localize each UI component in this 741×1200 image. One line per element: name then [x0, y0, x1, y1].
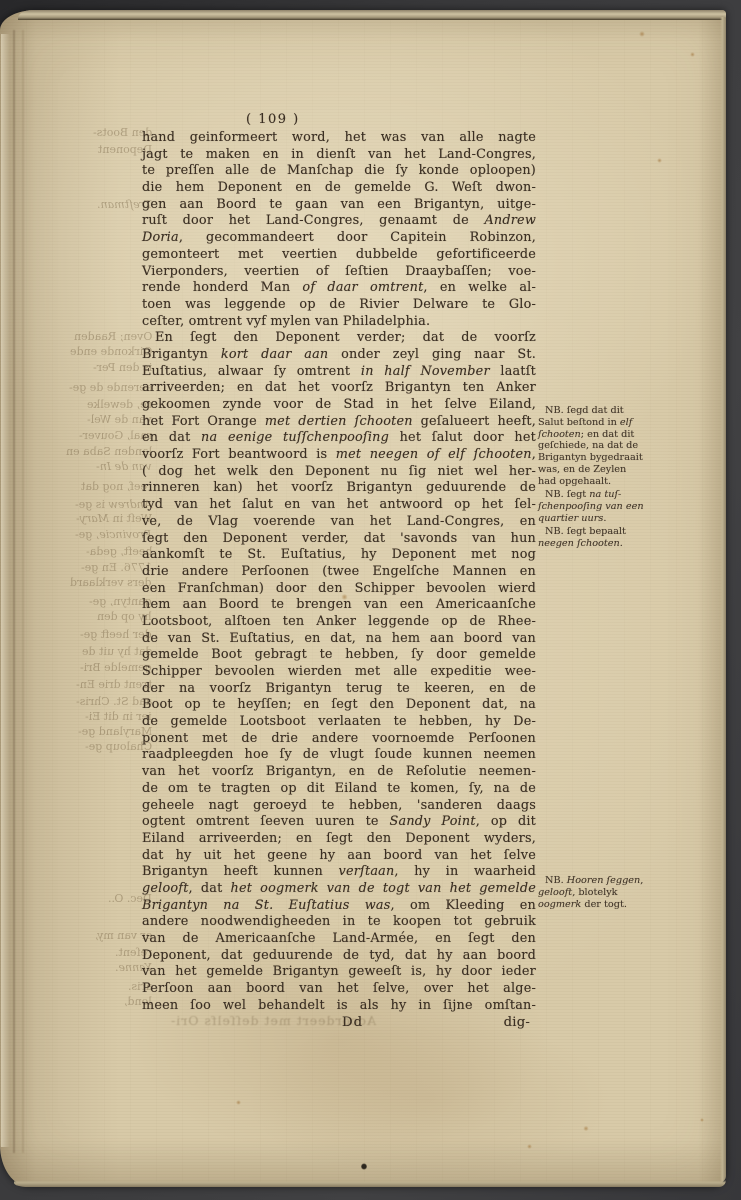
roman-text: hem aan Boord te brengen van een America… [142, 597, 536, 612]
roman-text: van het voorſz Brigantyn, en de Reſoluti… [142, 764, 536, 779]
italic-text: Brigantyn na St. Euſtatius was [142, 898, 391, 913]
roman-text: gemonteert met veertien dubbelde geforti… [142, 247, 536, 262]
margin-note-line: oogmerk der togt. [538, 899, 670, 911]
text-block: ( 109 ) hand geinformeert word, het was … [142, 110, 536, 1031]
roman-text: was, en de Zeylen [538, 464, 626, 475]
margin-note-line: NB. ſegd dat dit [538, 405, 670, 417]
spine-crease [22, 30, 24, 1153]
text-line: ( dog het welk den Deponent nu ſig niet … [142, 464, 536, 481]
roman-text: , gecommandeert door Capitein Robinzon, [179, 230, 536, 245]
margin-note-line: NB. ſegt bepaalt [538, 526, 670, 538]
roman-text: die hem Deponent en de gemelde G. Weſt d… [142, 180, 536, 195]
margin-note-line: ſchenpooſing van een [538, 501, 670, 513]
text-line: rinneren kan) het voorſz Brigantyn geduu… [142, 480, 536, 497]
roman-text: Brigantyn bygedraait [538, 452, 643, 463]
text-line: gemonteert met veertien dubbelde geforti… [142, 247, 536, 264]
italic-text: neegen ſchooten [538, 538, 620, 549]
roman-text: gekoomen zynde voor de Stad in het ſelve… [142, 397, 536, 412]
spine-crease [13, 30, 15, 1153]
italic-text: of daar omtrent [302, 280, 423, 295]
text-line: Brigantyn na St. Euſtatius was, om Kleed… [142, 898, 536, 915]
text-line: Lootsboot, alſtoen ten Anker leggende op… [142, 614, 536, 631]
italic-text: na tuſ- [589, 489, 621, 500]
text-line: der na voorſz Brigantyn terug te keeren,… [142, 681, 536, 698]
roman-text: En ſegt den Deponent verder; dat de voor… [155, 330, 536, 345]
text-line: gen aan Boord te gaan van een Brigantyn,… [142, 197, 536, 214]
roman-text: ve, de Vlag voerende van het Land-Congre… [142, 514, 536, 529]
margin-note-line: was, en de Zeylen [538, 464, 670, 476]
roman-text: Salut beſtond in [538, 417, 620, 428]
roman-text: laatſt [490, 364, 536, 379]
roman-text: de om te tragten op dit Eiland te komen,… [142, 781, 536, 796]
text-line: Eiland arriveerden; en ſegt den Deponent… [142, 831, 536, 848]
roman-text: , op dit [476, 814, 536, 829]
italic-text: verſtaan [339, 864, 395, 879]
text-line: ruſt door het Land-Congres, genaamt de A… [142, 213, 536, 230]
roman-text: NB. ſegt [545, 489, 589, 500]
page-edge-bottom [14, 1180, 726, 1187]
text-line: raadpleegden hoe ſy de vlugt ſoude kunne… [142, 747, 536, 764]
roman-text: ogtent omtrent ſeeven uuren te [142, 814, 390, 829]
margin-note: NB. Hooren ſeggen,gelooft, blotelykoogme… [538, 875, 670, 910]
roman-text: geſchiede, na dat de [538, 440, 638, 451]
italic-text: met dertien ſchooten [265, 414, 413, 429]
text-line: dat hy uit het geene hy aan boord van he… [142, 848, 536, 865]
margin-note: NB. ſegt na tuſ-ſchenpooſing van eenquar… [538, 489, 670, 524]
text-line: tyd van het ſalut en van het antwoord op… [142, 497, 536, 514]
roman-text: , en welke al- [423, 280, 536, 295]
roman-text: rende honderd Man [142, 280, 302, 295]
italic-text: Hooren ſeggen [567, 875, 641, 886]
catchword: dig- [504, 1014, 530, 1031]
text-line: aankomſt te St. Euſtatius, hy Deponent m… [142, 547, 536, 564]
roman-text: NB. [545, 875, 567, 886]
italic-text: Andrew [484, 213, 536, 228]
text-line: Boot op te heyſſen; en ſegt den Deponent… [142, 697, 536, 714]
roman-text: rinneren kan) het voorſz Brigantyn geduu… [142, 480, 536, 495]
text-line: de van St. Euſtatius, en dat, na hem aan… [142, 631, 536, 648]
margin-note-line: Brigantyn bygedraait [538, 452, 670, 464]
roman-text: het ſalut door het [389, 430, 536, 445]
roman-text: Perſoon aan boord van het ſelve, over he… [142, 981, 536, 996]
text-line: ponent met de drie andere voornoemde Per… [142, 731, 536, 748]
roman-text: , dat [189, 881, 231, 896]
text-line: het Fort Orange met dertien ſchooten geſ… [142, 414, 536, 431]
roman-text: . [620, 538, 623, 549]
text-line: hand geinformeert word, het was van alle… [142, 130, 536, 147]
margin-note-line: neegen ſchooten. [538, 538, 670, 550]
roman-text: Boot op te heyſſen; en ſegt den Deponent… [142, 697, 536, 712]
text-line: toen was leggende op de Rivier Delware t… [142, 297, 536, 314]
roman-text: gemelde Boot gebragt te hebben, ſy door … [142, 647, 536, 662]
roman-text: had opgehaalt. [538, 476, 611, 487]
roman-text: Lootsboot, alſtoen ten Anker leggende op… [142, 614, 536, 629]
scan-photo: { "document": { "page_number": "( 109 )"… [0, 0, 741, 1200]
text-line: een Franſchman) door den Schipper bevool… [142, 581, 536, 598]
spine-highlight [1, 34, 10, 1147]
roman-text: voorſz Fort beantwoord is [142, 447, 336, 462]
text-line: ogtent omtrent ſeeven uuren te Sandy Poi… [142, 814, 536, 831]
text-line: ve, de Vlag voerende van het Land-Congre… [142, 514, 536, 531]
text-line: Euſtatius, alwaar ſy omtrent in half Nov… [142, 364, 536, 381]
roman-text: Deponent, dat geduurende de tyd, dat hy … [142, 948, 536, 963]
text-line: arriveerden; en dat het voorſz Brigantyn… [142, 380, 536, 397]
roman-text: raadpleegden hoe ſy de vlugt ſoude kunne… [142, 747, 536, 762]
roman-text: , blotelyk [572, 887, 617, 898]
text-line: die hem Deponent en de gemelde G. Weſt d… [142, 180, 536, 197]
roman-text: dat hy uit het geene hy aan boord van he… [142, 848, 536, 863]
roman-text: Euſtatius, alwaar ſy omtrent [142, 364, 361, 379]
body-text: hand geinformeert word, het was van alle… [142, 130, 536, 1014]
roman-text: drie andere Perſoonen (twee Engelſche Ma… [142, 564, 536, 579]
text-line: En ſegt den Deponent verder; dat de voor… [142, 330, 536, 347]
roman-text: andere noodwendigheeden in te koopen tot… [142, 914, 536, 929]
text-line: Brigantyn heeft kunnen verſtaan, hy in w… [142, 864, 536, 881]
roman-text: Vierponders, veertien of ſeſtien Draayba… [142, 264, 536, 279]
roman-text: van het gemelde Brigantyn geweeſt is, hy… [142, 964, 536, 979]
italic-text: elf [620, 417, 632, 428]
roman-text: Brigantyn heeft kunnen [142, 864, 339, 879]
page-number: ( 109 ) [142, 110, 536, 130]
text-line: gelooft, dat het oogmerk van de togt van… [142, 881, 536, 898]
text-line: Perſoon aan boord van het ſelve, over he… [142, 981, 536, 998]
roman-text: ( dog het welk den Deponent nu ſig niet … [142, 464, 536, 479]
margin-note-line: Salut beſtond in elf [538, 417, 670, 429]
roman-text: , hy in waarheid [394, 864, 536, 879]
italic-text: na eenige tuſſchenpooſing [201, 430, 389, 445]
roman-text: aankomſt te St. Euſtatius, hy Deponent m… [142, 547, 536, 562]
text-line: voorſz Fort beantwoord is met neegen of … [142, 447, 536, 464]
text-line: jagt te maken en in dienſt van het Land-… [142, 147, 536, 164]
roman-text: NB. ſegd dat dit [545, 405, 624, 416]
roman-text: gen aan Boord te gaan van een Brigantyn,… [142, 197, 536, 212]
text-line: ſegt den Deponent verder, dat 'savonds v… [142, 531, 536, 548]
text-line: gemelde Boot gebragt te hebben, ſy door … [142, 647, 536, 664]
italic-text: oogmerk [538, 899, 581, 910]
roman-text: geheele nagt geroeyd te hebben, 'sandere… [142, 798, 536, 813]
text-line: te preſſen alle de Manſchap die ſy konde… [142, 163, 536, 180]
italic-text: gelooft [142, 881, 189, 896]
page-edge-right [720, 17, 726, 1182]
margin-note-line: quartier uurs. [538, 513, 670, 525]
text-line: de gemelde Lootsboot verlaaten te hebben… [142, 714, 536, 731]
roman-text: ; en dat dit [581, 429, 635, 440]
roman-text: Schipper bevoolen wierden met alle exped… [142, 664, 536, 679]
roman-text: en dat [142, 430, 201, 445]
roman-text: de gemelde Lootsboot verlaaten te hebben… [142, 714, 536, 729]
margin-note: NB. ſegt bepaaltneegen ſchooten. [538, 526, 670, 550]
italic-text: quartier uurs [538, 513, 603, 524]
text-line: andere noodwendigheeden in te koopen tot… [142, 914, 536, 931]
catchline: Dd dig- [142, 1014, 536, 1031]
margin-note-line: NB. Hooren ſeggen, [538, 875, 670, 887]
margin-note: NB. ſegd dat ditSalut beſtond in elfſcho… [538, 405, 670, 488]
text-line: ceſter, omtrent vyf mylen van Philadelph… [142, 314, 536, 331]
roman-text: Eiland arriveerden; en ſegt den Deponent… [142, 831, 536, 846]
margin-note-line: ſchooten; en dat dit [538, 429, 670, 441]
roman-text: . [603, 513, 606, 524]
italic-text: het oogmerk van de togt van het gemelde [231, 881, 536, 896]
margin-note-line: NB. ſegt na tuſ- [538, 489, 670, 501]
italic-text: ſchenpooſing van een [538, 501, 644, 512]
roman-text: tyd van het ſalut en van het antwoord op… [142, 497, 536, 512]
text-line: rende honderd Man of daar omtrent, en we… [142, 280, 536, 297]
page-edge-top [18, 10, 726, 20]
italic-text: gelooft [538, 887, 572, 898]
roman-text: jagt te maken en in dienſt van het Land-… [142, 147, 536, 162]
roman-text: NB. ſegt bepaalt [545, 526, 626, 537]
text-line: hem aan Boord te brengen van een America… [142, 597, 536, 614]
roman-text: arriveerden; en dat het voorſz Brigantyn… [142, 380, 536, 395]
roman-text: de van St. Euſtatius, en dat, na hem aan… [142, 631, 536, 646]
text-line: van het gemelde Brigantyn geweeſt is, hy… [142, 964, 536, 981]
roman-text: , om Kleeding en [391, 898, 537, 913]
roman-text: , [640, 875, 643, 886]
text-line: drie andere Perſoonen (twee Engelſche Ma… [142, 564, 536, 581]
text-line: de om te tragten op dit Eiland te komen,… [142, 781, 536, 798]
italic-text: kort daar aan [221, 347, 329, 362]
roman-text: hand geinformeert word, het was van alle… [142, 130, 536, 145]
roman-text: der togt. [581, 899, 627, 910]
text-line: van de Americaanſche Land-Armée, en ſegt… [142, 931, 536, 948]
margin-note-line: had opgehaalt. [538, 476, 670, 488]
text-line: gekoomen zynde voor de Stad in het ſelve… [142, 397, 536, 414]
text-line: Deponent, dat geduurende de tyd, dat hy … [142, 948, 536, 965]
text-line: van het voorſz Brigantyn, en de Reſoluti… [142, 764, 536, 781]
italic-text: met neegen of elf ſchooten [336, 447, 532, 462]
roman-text: , [532, 447, 536, 462]
italic-text: in half November [361, 364, 490, 379]
roman-text: ponent met de drie andere voornoemde Per… [142, 731, 536, 746]
text-line: Brigantyn kort daar aan onder zeyl ging … [142, 347, 536, 364]
signature-mark: Dd [342, 1014, 363, 1031]
roman-text: een Franſchman) door den Schipper bevool… [142, 581, 536, 596]
roman-text: te preſſen alle de Manſchap die ſy konde… [142, 163, 536, 178]
text-line: en dat na eenige tuſſchenpooſing het ſal… [142, 430, 536, 447]
roman-text: het Fort Orange [142, 414, 265, 429]
text-line: meen ſoo wel behandelt is als hy in ſijn… [142, 998, 536, 1015]
roman-text: ruſt door het Land-Congres, genaamt de [142, 213, 484, 228]
margin-note-line: gelooft, blotelyk [538, 887, 670, 899]
text-line: Vierponders, veertien of ſeſtien Draayba… [142, 264, 536, 281]
text-line: geheele nagt geroeyd te hebben, 'sandere… [142, 798, 536, 815]
roman-text: meen ſoo wel behandelt is als hy in ſijn… [142, 998, 536, 1013]
italic-text: ſchooten [538, 429, 581, 440]
roman-text: toen was leggende op de Rivier Delware t… [142, 297, 536, 312]
italic-text: Sandy Point [390, 814, 476, 829]
text-line: Doria, gecommandeert door Capitein Robin… [142, 230, 536, 247]
roman-text: ceſter, omtrent vyf mylen van Philadelph… [142, 314, 430, 329]
roman-text: ſegt den Deponent verder, dat 'savonds v… [142, 531, 536, 546]
italic-text: Doria [142, 230, 179, 245]
margin-note-line: geſchiede, na dat de [538, 440, 670, 452]
roman-text: onder zeyl ging naar St. [328, 347, 536, 362]
roman-text: van de Americaanſche Land-Armée, en ſegt… [142, 931, 536, 946]
roman-text: geſalueert heeft, [413, 414, 536, 429]
text-line: Schipper bevoolen wierden met alle exped… [142, 664, 536, 681]
roman-text: der na voorſz Brigantyn terug te keeren,… [142, 681, 536, 696]
roman-text: Brigantyn [142, 347, 221, 362]
